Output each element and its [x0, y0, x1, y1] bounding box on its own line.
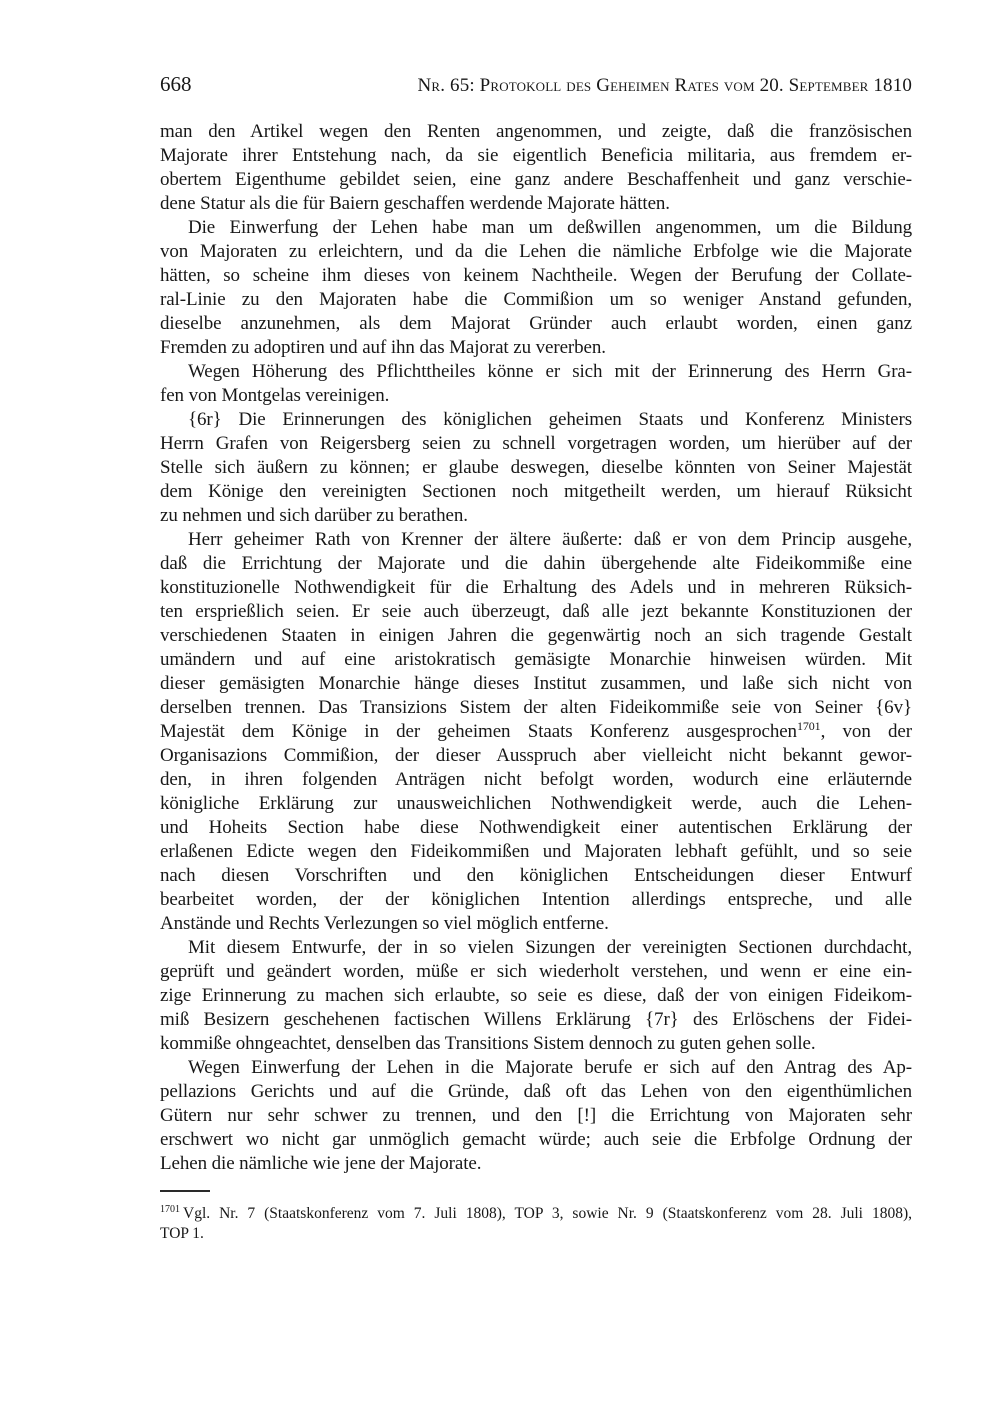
text-line: kommiße ohngeachtet, denselben das Trans… — [160, 1032, 912, 1056]
text-line: erlaßenen Edicte wegen den Fideikommißen… — [160, 840, 912, 864]
running-header: Nr. 65: Protokoll des Geheimen Rates vom… — [418, 74, 912, 98]
footnote-marker: 1701 — [160, 1204, 180, 1215]
paragraph: Die Einwerfung der Lehen habe man um deß… — [160, 216, 912, 360]
paragraph: Mit diesem Entwurfe, der in so vielen Si… — [160, 936, 912, 1056]
text-line-with-footnote-ref: Majestät dem Könige in der geheimen Staa… — [160, 720, 912, 744]
paragraph: {6r} Die Erinnerungen des königlichen ge… — [160, 408, 912, 528]
text-line: man den Artikel wegen den Renten angenom… — [160, 120, 912, 144]
text-line: dene Statur als die für Baiern geschaffe… — [160, 192, 912, 216]
footnote-separator — [160, 1190, 210, 1192]
text-line: dieselbe anzunehmen, als dem Majorat Grü… — [160, 312, 912, 336]
text-line: königliche Erklärung zur unausweichliche… — [160, 792, 912, 816]
footnote-line: TOP 1. — [160, 1224, 912, 1244]
text-line: verschiedenen Staaten in einigen Jahren … — [160, 624, 912, 648]
page-header: 668 Nr. 65: Protokoll des Geheimen Rates… — [160, 72, 912, 96]
text-line: Lehen die nämliche wie jene der Majorate… — [160, 1152, 912, 1176]
book-page: 668 Nr. 65: Protokoll des Geheimen Rates… — [0, 0, 1004, 1418]
text-line: Wegen Einwerfung der Lehen in die Majora… — [160, 1056, 912, 1080]
text-line: Stelle sich äußern zu können; er glaube … — [160, 456, 912, 480]
paragraph: man den Artikel wegen den Renten angenom… — [160, 120, 912, 216]
text-line: dieser gemäsigten Monarchie hänge dieses… — [160, 672, 912, 696]
text-line: pellazions Gerichts und auf die Gründe, … — [160, 1080, 912, 1104]
text-line: miß Besizern geschehenen factischen Will… — [160, 1008, 912, 1032]
text-line: Fremden zu adoptiren und auf ihn das Maj… — [160, 336, 912, 360]
text-line: umändern und auf eine aristokratisch gem… — [160, 648, 912, 672]
text-line: Wegen Höherung des Pflichttheiles könne … — [160, 360, 912, 384]
paragraph: Herr geheimer Rath von Krenner der älter… — [160, 528, 912, 936]
footnote-ref: 1701 — [797, 720, 821, 733]
text-line: derselben trennen. Das Transizions Siste… — [160, 696, 912, 720]
page-number: 668 — [160, 72, 192, 96]
text-line: Organisazions Commißion, der dieser Auss… — [160, 744, 912, 768]
footnote-line: 1701Vgl. Nr. 7 (Staatskonferenz vom 7. J… — [160, 1204, 912, 1224]
text-line: Herrn Grafen von Reigersberg seien zu sc… — [160, 432, 912, 456]
text-line: konstituzionelle Nothwendigkeit für die … — [160, 576, 912, 600]
line-segment: Majestät dem Könige in der geheimen Staa… — [160, 721, 797, 742]
text-line: Mit diesem Entwurfe, der in so vielen Si… — [160, 936, 912, 960]
text-line: geprüft und geändert worden, müße er sic… — [160, 960, 912, 984]
footnote-text: Vgl. Nr. 7 (Staatskonferenz vom 7. Juli … — [183, 1205, 912, 1222]
paragraph: Wegen Einwerfung der Lehen in die Majora… — [160, 1056, 912, 1176]
text-block: 668 Nr. 65: Protokoll des Geheimen Rates… — [160, 72, 912, 1244]
text-line: fen von Montgelas vereinigen. — [160, 384, 912, 408]
text-line: Herr geheimer Rath von Krenner der älter… — [160, 528, 912, 552]
line-segment: , von der — [821, 721, 912, 742]
body-text: man den Artikel wegen den Renten angenom… — [160, 120, 912, 1176]
text-line: Anstände und Rechts Verlezungen so viel … — [160, 912, 912, 936]
footnote: 1701Vgl. Nr. 7 (Staatskonferenz vom 7. J… — [160, 1204, 912, 1244]
text-line: Gütern nur sehr schwer zu trennen, und d… — [160, 1104, 912, 1128]
text-line: Majorate ihrer Entstehung nach, da sie e… — [160, 144, 912, 168]
text-line: den, in ihren folgenden Anträgen nicht b… — [160, 768, 912, 792]
text-line: ten ersprießlich seien. Er seie auch übe… — [160, 600, 912, 624]
paragraph: Wegen Höherung des Pflichttheiles könne … — [160, 360, 912, 408]
text-line: obertem Eigenthume gebildet seien, eine … — [160, 168, 912, 192]
text-line: {6r} Die Erinnerungen des königlichen ge… — [160, 408, 912, 432]
text-line: und Hoheits Section habe diese Nothwendi… — [160, 816, 912, 840]
text-line: Die Einwerfung der Lehen habe man um deß… — [160, 216, 912, 240]
text-line: ral-Linie zu den Majoraten habe die Comm… — [160, 288, 912, 312]
text-line: bearbeitet worden, der der königlichen I… — [160, 888, 912, 912]
text-line: hätten, so scheine ihm dieses von keinem… — [160, 264, 912, 288]
text-line: daß die Errichtung der Majorate und die … — [160, 552, 912, 576]
text-line: nach diesen Vorschriften und den königli… — [160, 864, 912, 888]
text-line: zige Erinnerung zu machen sich erlaubte,… — [160, 984, 912, 1008]
text-line: zu nehmen und sich darüber zu berathen. — [160, 504, 912, 528]
text-line: erschwert wo nicht gar unmöglich gemacht… — [160, 1128, 912, 1152]
text-line: von Majoraten zu erleichtern, und da die… — [160, 240, 912, 264]
text-line: dem Könige den vereinigten Sectionen noc… — [160, 480, 912, 504]
